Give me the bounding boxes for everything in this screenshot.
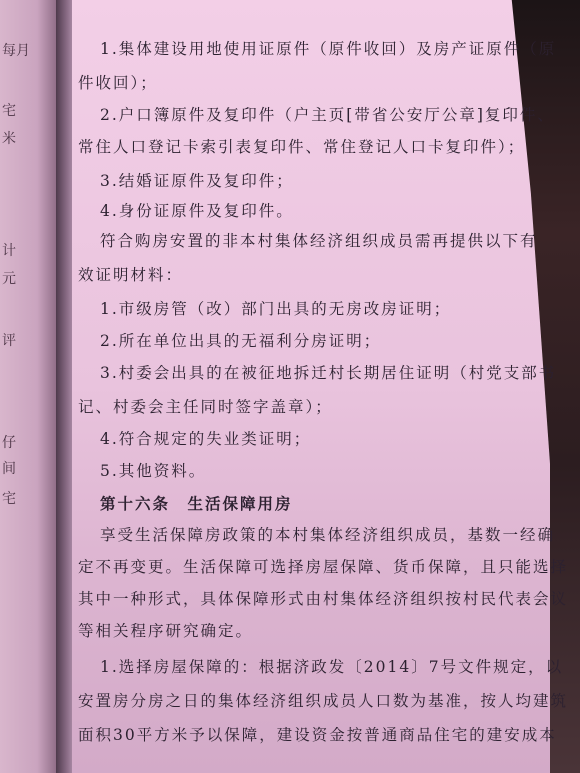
document-line: 面积30平方米予以保障，建设资金按普通商品住宅的建安成本 bbox=[78, 728, 557, 744]
left-page-text-fragment: 宅 bbox=[2, 492, 16, 506]
document-line: 安置房分房之日的集体经济组织成员人口数为基准，按人均建筑 bbox=[78, 694, 568, 710]
document-line: 其中一种形式，具体保障形式由村集体经济组织按村民代表会议 bbox=[78, 592, 568, 608]
left-page-text-fragment: 间 bbox=[2, 462, 16, 476]
left-page-text-fragment: 宅 bbox=[2, 104, 16, 118]
document-line: 2.户口簿原件及复印件（户主页[带省公安厅公章]复印件、 bbox=[100, 108, 555, 124]
document-line: 5.其他资料。 bbox=[100, 464, 206, 480]
left-page: 每月宅米计元评仔间宅 bbox=[0, 0, 62, 773]
document-line: 件收回）； bbox=[78, 76, 158, 92]
section-heading: 第十六条 生活保障用房 bbox=[100, 496, 293, 512]
document-line: 1.市级房管（改）部门出具的无房改房证明； bbox=[100, 302, 451, 318]
photo-scene: 每月宅米计元评仔间宅 1.集体建设用地使用证原件（原件收回）及房产证原件（原件收… bbox=[0, 0, 580, 773]
document-line: 2.所在单位出具的无福利分房证明； bbox=[100, 334, 381, 350]
document-line: 3.结婚证原件及复印件； bbox=[100, 174, 294, 190]
left-page-text-fragment: 米 bbox=[2, 132, 16, 146]
document-line: 记、村委会主任同时签字盖章）； bbox=[78, 400, 333, 416]
document-line: 符合购房安置的非本村集体经济组织成员需再提供以下有 bbox=[100, 234, 538, 250]
document-line: 1.选择房屋保障的：根据济政发〔2014〕7号文件规定，以 bbox=[100, 660, 563, 676]
document-line: 效证明材料： bbox=[78, 268, 183, 284]
document-line: 3.村委会出具的在被征地拆迁村长期居住证明（村党支部书 bbox=[100, 366, 556, 382]
document-line: 4.身份证原件及复印件。 bbox=[100, 204, 294, 220]
document-line: 4.符合规定的失业类证明； bbox=[100, 432, 311, 448]
document-line: 1.集体建设用地使用证原件（原件收回）及房产证原件（原 bbox=[100, 42, 556, 58]
left-page-text-fragment: 仔 bbox=[2, 436, 16, 450]
document-line: 定不再变更。生活保障可选择房屋保障、货币保障，且只能选择 bbox=[78, 560, 568, 576]
left-page-text-fragment: 评 bbox=[2, 334, 16, 348]
left-page-text-fragment: 每月 bbox=[2, 44, 30, 58]
left-page-text-fragment: 元 bbox=[2, 272, 16, 286]
document-line: 等相关程序研究确定。 bbox=[78, 624, 253, 640]
left-page-text-fragment: 计 bbox=[2, 244, 16, 258]
document-line: 常住人口登记卡索引表复印件、常住登记人口卡复印件）； bbox=[78, 140, 525, 156]
document-line: 享受生活保障房政策的本村集体经济组织成员，基数一经确 bbox=[100, 528, 555, 544]
